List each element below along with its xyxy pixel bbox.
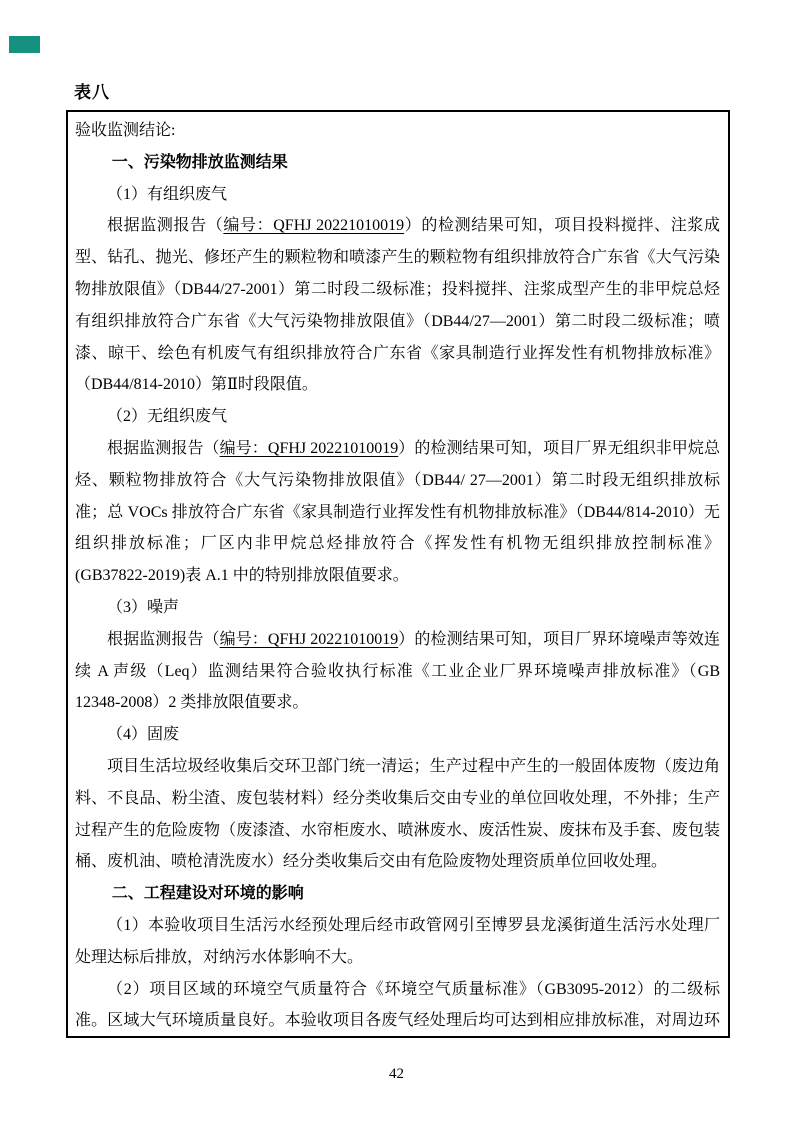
paragraph-unorganized-waste-gas: 根据监测报告（编号：QFHJ 20221010019）的检测结果可知，项目厂界无… [75,433,720,592]
paragraph-text: 项目生活垃圾经收集后交环卫部门统一清运；生产过程中产生的一般固体废物（废边角料、… [75,758,720,870]
section-heading-environmental-impact: 二、工程建设对环境的影响 [75,878,720,910]
subsection-label: （4）固废 [107,726,179,743]
subsection-label: （1）有组织废气 [107,186,227,203]
subsection-noise: （3）噪声 [75,592,720,624]
paragraph-organized-waste-gas: 根据监测报告（编号：QFHJ 20221010019）的检测结果可知，项目投料搅… [75,210,720,401]
report-number-underlined: 编号：QFHJ 20221010019 [220,631,399,648]
subsection-organized-waste-gas: （1）有组织废气 [75,179,720,211]
report-number-underlined: 编号：QFHJ 20221010019 [223,217,404,234]
paragraph-text: 根据监测报告（ [107,631,220,648]
paragraph-text: 根据监测报告（ [107,440,220,457]
table-label: 表八 [74,78,110,103]
paragraph-wastewater-impact: （1）本验收项目生活污水经预处理后经市政管网引至博罗县龙溪街道生活污水处理厂处理… [75,910,720,974]
paragraph-text: （2）项目区域的环境空气质量符合《环境空气质量标准》（GB3095-2012）的… [75,981,720,1038]
subsection-label: （3）噪声 [107,599,179,616]
paragraph-air-quality-impact: （2）项目区域的环境空气质量符合《环境空气质量标准》（GB3095-2012）的… [75,974,720,1038]
section-heading-pollutant-results: 一、污染物排放监测结果 [75,147,720,179]
subsection-solid-waste: （4）固废 [75,719,720,751]
paragraph-text: ）的检测结果可知，项目投料搅拌、注浆成型、钻孔、抛光、修坯产生的颗粒物和喷漆产生… [75,217,720,393]
paragraph-noise: 根据监测报告（编号：QFHJ 20221010019）的检测结果可知，项目厂界环… [75,624,720,719]
conclusion-box: 验收监测结论: 一、污染物排放监测结果 （1）有组织废气 根据监测报告（编号：Q… [66,110,730,1038]
corner-highlight-mark [9,36,40,53]
subsection-unorganized-waste-gas: （2）无组织废气 [75,401,720,433]
section-heading-text: 二、工程建设对环境的影响 [112,885,304,902]
page-number: 42 [0,1066,793,1083]
conclusion-intro-text: 验收监测结论: [75,122,175,139]
paragraph-solid-waste: 项目生活垃圾经收集后交环卫部门统一清运；生产过程中产生的一般固体废物（废边角料、… [75,751,720,878]
subsection-label: （2）无组织废气 [107,408,227,425]
paragraph-text: （1）本验收项目生活污水经预处理后经市政管网引至博罗县龙溪街道生活污水处理厂处理… [75,917,720,966]
paragraph-text: ）的检测结果可知，项目厂界无组织非甲烷总烃、颗粒物排放符合《大气污染物排放限值》… [75,440,720,584]
report-number-underlined: 编号：QFHJ 20221010019 [220,440,399,457]
section-heading-text: 一、污染物排放监测结果 [112,154,288,171]
conclusion-intro: 验收监测结论: [75,115,720,147]
paragraph-text: 根据监测报告（ [107,217,223,234]
